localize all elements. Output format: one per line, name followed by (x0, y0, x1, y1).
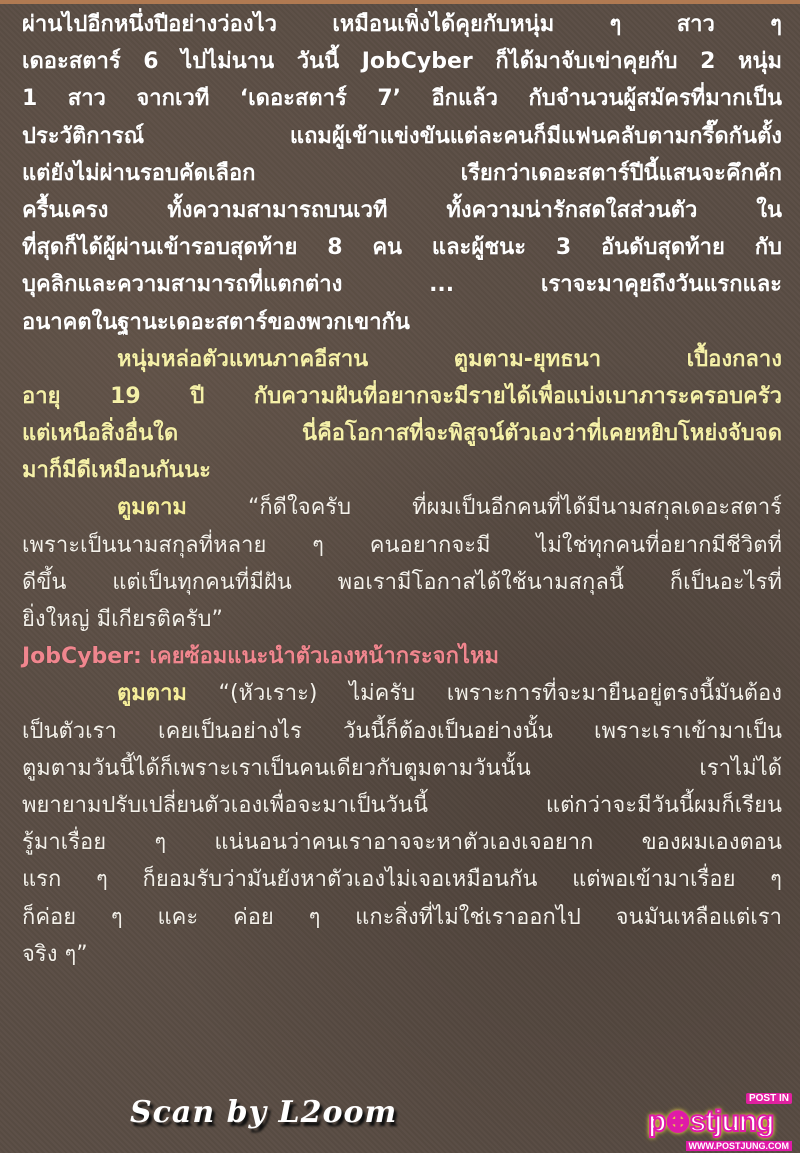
intro-line: ครื้นเครง ทั้งความสามารถบนเวที ทั้งความน… (22, 192, 782, 229)
answer-line: ตูมตามวันนี้ได้ก็เพราะเราเป็นคนเดียวกับต… (22, 750, 782, 787)
intro-line: บุคลิกและความสามารถที่แตกต่าง ... เราจะม… (22, 266, 782, 303)
speaker-name: ตูมตาม (117, 681, 187, 706)
postjung-logo: POST IN p⊕stjung WWW.POSTJUNG.COM (648, 1093, 796, 1151)
logo-post-in-label: POST IN (746, 1093, 792, 1104)
profile-line: แต่เหนือสิ่งอื่นใด นี่คือโอกาสที่จะพิสูจ… (22, 415, 782, 452)
answer-line: จริง ๆ” (22, 936, 782, 973)
intro-line: แต่ยังไม่ผ่านรอบคัดเลือก เรียกว่าเดอะสตา… (22, 155, 782, 192)
answer-first-line: ตูมตาม “(หัวเราะ) ไม่ครับ เพราะการที่จะม… (22, 675, 782, 712)
answer-1: ตูมตาม “ก็ดีใจครับ ที่ผมเป็นอีกคนที่ได้ม… (22, 489, 782, 638)
answer-line: ก็ค่อย ๆ แคะ ค่อย ๆ แกะสิ่งที่ไม่ใช่เราอ… (22, 899, 782, 936)
answer-line: แรก ๆ ก็ยอมรับว่ามันยังหาตัวเองไม่เจอเหม… (22, 861, 782, 898)
answer-2: ตูมตาม “(หัวเราะ) ไม่ครับ เพราะการที่จะม… (22, 675, 782, 973)
answer-line: เพราะเป็นนามสกุลที่หลาย ๆ คนอยากจะมี ไม่… (22, 527, 782, 564)
intro-line: 1 สาว จากเวที ‘เดอะสตาร์ 7’ อีกแล้ว กับจ… (22, 80, 782, 117)
answer-line: ยิ่งใหญ่ มีเกียรติครับ” (22, 601, 782, 638)
logo-wordmark: p⊕stjung (648, 1104, 773, 1139)
answer-first-line: ตูมตาม “ก็ดีใจครับ ที่ผมเป็นอีกคนที่ได้ม… (22, 489, 782, 526)
answer-text: “(หัวเราะ) ไม่ครับ เพราะการที่จะมายืนอยู… (219, 681, 782, 706)
top-edge-strip (0, 0, 800, 4)
answer-line: ดีขึ้น แต่เป็นทุกคนที่มีฝัน พอเรามีโอกาส… (22, 564, 782, 601)
logo-url: WWW.POSTJUNG.COM (686, 1141, 793, 1151)
intro-line: อนาคตในฐานะเดอะสตาร์ของพวกเขากัน (22, 304, 782, 341)
profile-line: อายุ 19 ปี กับความฝันที่อยากจะมีรายได้เพ… (22, 378, 782, 415)
answer-line: พยายามปรับเปลี่ยนตัวเองเพื่อจะมาเป็นวันน… (22, 787, 782, 824)
answer-text: “ก็ดีใจครับ ที่ผมเป็นอีกคนที่ได้มีนามสกุ… (248, 495, 782, 520)
intro-paragraph: ผ่านไปอีกหนึ่งปีอย่างว่องไว เหมือนเพิ่งไ… (22, 6, 782, 341)
speaker-name: ตูมตาม (117, 495, 187, 520)
scan-credit-watermark: Scan by L2oom (130, 1095, 397, 1130)
intro-line: เดอะสตาร์ 6 ไปไม่นาน วันนี้ JobCyber ก็ไ… (22, 43, 782, 80)
intro-line: ผ่านไปอีกหนึ่งปีอย่างว่องไว เหมือนเพิ่งไ… (22, 6, 782, 43)
intro-line: ที่สุดก็ได้ผู้ผ่านเข้ารอบสุดท้าย 8 คน แล… (22, 229, 782, 266)
intro-line: ประวัติการณ์ แถมผู้เข้าแข่งขันแต่ละคนก็ม… (22, 118, 782, 155)
article-page: ผ่านไปอีกหนึ่งปีอย่างว่องไว เหมือนเพิ่งไ… (22, 6, 782, 973)
profile-line: มาก็มีดีเหมือนกันนะ (22, 452, 782, 489)
profile-paragraph: หนุ่มหล่อตัวแทนภาคอีสาน ตูมตาม-ยุทธนา เป… (22, 341, 782, 490)
profile-line: หนุ่มหล่อตัวแทนภาคอีสาน ตูมตาม-ยุทธนา เป… (22, 341, 782, 378)
interview-question: JobCyber: เคยซ้อมแนะนำตัวเองหน้ากระจกไหม (22, 638, 782, 675)
answer-line: รู้มาเรื่อย ๆ แน่นอนว่าคนเราอาจจะหาตัวเอ… (22, 824, 782, 861)
answer-line: เป็นตัวเรา เคยเป็นอย่างไร วันนี้ก็ต้องเป… (22, 713, 782, 750)
